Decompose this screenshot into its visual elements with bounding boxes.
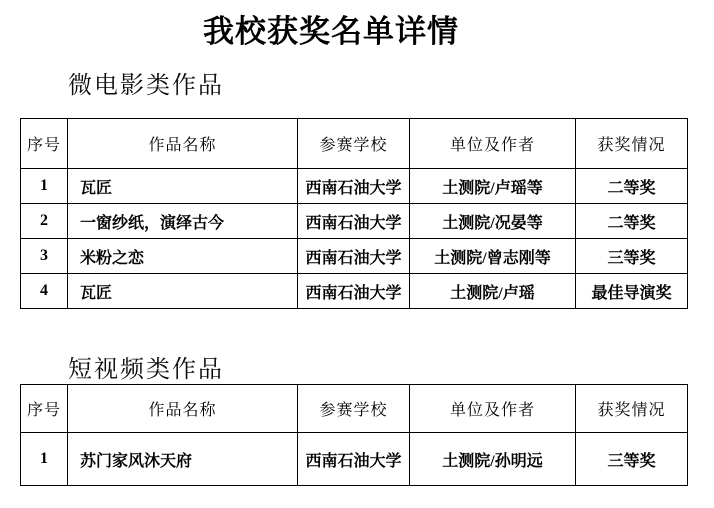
cell-unit-author: 土测院/况晏等 (410, 204, 576, 239)
cell-school: 西南石油大学 (298, 433, 410, 486)
cell-index: 2 (21, 204, 68, 239)
cell-unit-author: 土测院/卢瑶 (410, 274, 576, 309)
table-row: 3 米粉之恋 西南石油大学 土测院/曾志刚等 三等奖 (21, 239, 688, 274)
table-row: 2 一窗纱纸，演绎古今 西南石油大学 土测院/况晏等 二等奖 (21, 204, 688, 239)
page-title: 我校获奖名单详情 (0, 6, 662, 51)
cell-index: 3 (21, 239, 68, 274)
table-row: 1 苏门家风沐天府 西南石油大学 土测院/孙明远 三等奖 (21, 433, 688, 486)
col-header-school: 参赛学校 (298, 385, 410, 433)
col-header-index: 序号 (21, 119, 68, 169)
section-heading-shortvideo: 短视频类作品 (68, 349, 224, 384)
col-header-unit-author: 单位及作者 (410, 385, 576, 433)
table-row: 4 瓦匠 西南石油大学 土测院/卢瑶 最佳导演奖 (21, 274, 688, 309)
col-header-work-title: 作品名称 (68, 385, 298, 433)
cell-award: 二等奖 (576, 204, 688, 239)
col-header-index: 序号 (21, 385, 68, 433)
section-heading-microfilm: 微电影类作品 (68, 65, 224, 100)
cell-school: 西南石油大学 (298, 204, 410, 239)
cell-award: 二等奖 (576, 169, 688, 204)
table-header-row: 序号 作品名称 参赛学校 单位及作者 获奖情况 (21, 119, 688, 169)
cell-unit-author: 土测院/卢瑶等 (410, 169, 576, 204)
cell-school: 西南石油大学 (298, 274, 410, 309)
cell-index: 4 (21, 274, 68, 309)
cell-award: 最佳导演奖 (576, 274, 688, 309)
cell-school: 西南石油大学 (298, 239, 410, 274)
col-header-unit-author: 单位及作者 (410, 119, 576, 169)
cell-unit-author: 土测院/曾志刚等 (410, 239, 576, 274)
cell-work-title: 米粉之恋 (68, 239, 298, 274)
col-header-award: 获奖情况 (576, 119, 688, 169)
cell-index: 1 (21, 169, 68, 204)
cell-award: 三等奖 (576, 239, 688, 274)
col-header-work-title: 作品名称 (68, 119, 298, 169)
shortvideo-awards-table: 序号 作品名称 参赛学校 单位及作者 获奖情况 1 苏门家风沐天府 西南石油大学… (20, 384, 688, 486)
table-header-row: 序号 作品名称 参赛学校 单位及作者 获奖情况 (21, 385, 688, 433)
award-list-document: 我校获奖名单详情 微电影类作品 序号 作品名称 参赛学校 单位及作者 获奖情况 … (0, 0, 714, 508)
cell-school: 西南石油大学 (298, 169, 410, 204)
table-row: 1 瓦匠 西南石油大学 土测院/卢瑶等 二等奖 (21, 169, 688, 204)
cell-work-title: 瓦匠 (68, 274, 298, 309)
cell-index: 1 (21, 433, 68, 486)
cell-work-title: 苏门家风沐天府 (68, 433, 298, 486)
microfilm-awards-table: 序号 作品名称 参赛学校 单位及作者 获奖情况 1 瓦匠 西南石油大学 土测院/… (20, 118, 688, 309)
col-header-school: 参赛学校 (298, 119, 410, 169)
cell-work-title: 一窗纱纸，演绎古今 (68, 204, 298, 239)
cell-award: 三等奖 (576, 433, 688, 486)
cell-unit-author: 土测院/孙明远 (410, 433, 576, 486)
cell-work-title: 瓦匠 (68, 169, 298, 204)
col-header-award: 获奖情况 (576, 385, 688, 433)
